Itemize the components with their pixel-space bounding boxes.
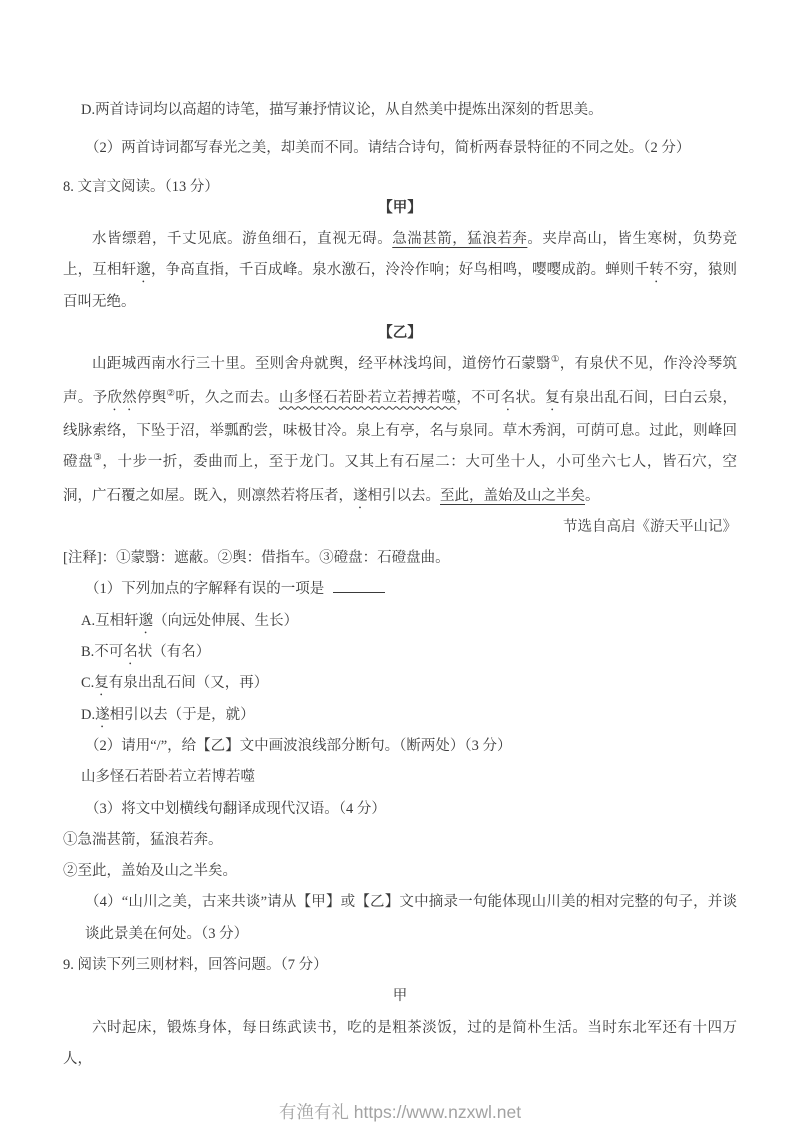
poetry-option-d: D.两首诗词均以高超的诗笔，描写兼抒情议论，从自然美中提炼出深刻的哲思美。 (63, 95, 737, 126)
footnotes: [注释]：①蒙翳：遮蔽。②舆：借指车。③磴盘：石磴盘曲。 (63, 543, 737, 574)
yi-text: 状。 (516, 390, 546, 406)
yi-text: 。 (585, 488, 600, 504)
passage-yi: 山距城西南水行三十里。至则舍舟就舆，经平林浅坞间，道傍竹石蒙翳①，有泉伏不见，作… (63, 349, 737, 511)
yi-underlined-sentence: 至此，盖始及山之半矣 (440, 488, 585, 504)
material-jia-header: 甲 (63, 981, 737, 1012)
option-text: D. (81, 707, 95, 723)
footnote-marker-1: ① (551, 355, 560, 365)
yi-dotted-char: 复 (545, 390, 560, 406)
yi-dotted-char: 遂 (353, 488, 368, 504)
section9-title: 9. 阅读下列三则材料，回答问题。（7 分） (63, 950, 737, 981)
yi-dotted-char: 名 (501, 390, 516, 406)
yi-text: ，不可 (456, 390, 500, 406)
jia-underlined-sentence: 急湍甚箭，猛浪若奔 (392, 231, 527, 247)
exam-page: D.两首诗词均以高超的诗笔，描写兼抒情议论，从自然美中提炼出深刻的哲思美。 （2… (0, 0, 793, 1122)
option-text: A.互相轩 (81, 613, 139, 629)
option-text: （向远处伸展、生长） (153, 613, 298, 629)
yi-dotted-word: 欣然 (107, 390, 137, 406)
option-dotted-char: 名 (123, 644, 138, 660)
option-dotted-char: 遂 (95, 707, 110, 723)
option-text: 状（有名） (138, 644, 211, 660)
question-1-stem: （1）下列加点的字解释有误的一项是 (63, 574, 737, 605)
watermark-footer: 有渔有礼 https://www.nzxwl.net (63, 1097, 737, 1122)
question-1-option-c: C.复有泉出乱石间（又，再） (63, 668, 737, 699)
question-1-option-a: A.互相轩邈（向远处伸展、生长） (63, 606, 737, 637)
question-3-stem: （3）将文中划横线句翻译成现代汉语。（4 分） (63, 794, 737, 825)
jia-dotted-char: 转 (649, 262, 664, 278)
jia-text: ，争高直指，千百成峰。泉水激石，泠泠作响；好鸟相鸣，嘤嘤成韵。蝉则千 (151, 262, 649, 278)
yi-wavy-underlined-sentence: 山多怪石若卧若立若搏若噬 (279, 390, 456, 406)
material-jia-text: 六时起床，锻炼身体，每日练武读书，吃的是粗茶淡饭，过的是简朴生活。当时东北军还有… (63, 1013, 737, 1076)
yi-text: 山距城西南水行三十里。至则舍舟就舆，经平林浅坞间，道傍竹石蒙翳 (92, 356, 551, 372)
jia-text: 水皆缥碧，千丈见底。游鱼细石，直视无碍。 (92, 231, 392, 247)
passage-yi-header: 【乙】 (63, 318, 737, 349)
poetry-question-2: （2）两首诗词都写春光之美，却美而不同。请结合诗句，简析两春景特征的不同之处。（… (63, 133, 737, 164)
option-dotted-char: 邈 (139, 613, 154, 629)
question-1-option-d: D.遂相引以去（于是，就） (63, 700, 737, 731)
footnote-marker-3: ③ (93, 453, 102, 463)
question-1-option-b: B.不可名状（有名） (63, 637, 737, 668)
option-text: 有泉出乱石间（又，再） (109, 675, 269, 691)
passage-attribution: 节选自高启《游天平山记》 (63, 512, 737, 543)
question-3-item-2: ②至此，盖始及山之半矣。 (63, 856, 737, 887)
option-text: C. (81, 675, 94, 691)
question-2-stem: （2）请用“/”，给【乙】文中画波浪线部分断句。（断两处）（3 分） (63, 731, 737, 762)
question-3-item-1: ①急湍甚箭，猛浪若奔。 (63, 825, 737, 856)
footnote-marker-2: ② (167, 389, 176, 399)
yi-text: 停舆 (137, 390, 167, 406)
option-dotted-char: 复 (94, 675, 109, 691)
yi-text: 听，久之而去。 (175, 390, 279, 406)
option-text: B.不可 (81, 644, 123, 660)
question-1-text: （1）下列加点的字解释有误的一项是 (85, 581, 324, 597)
question-2-sentence: 山多怪石若卧若立若博若噬 (63, 762, 737, 793)
question-4-stem: （4）“山川之美，古来共谈”请从【甲】或【乙】文中摘录一句能体现山川美的相对完整… (63, 887, 737, 950)
jia-dotted-char: 邈 (136, 262, 151, 278)
passage-jia: 水皆缥碧，千丈见底。游鱼细石，直视无碍。急湍甚箭，猛浪若奔。夹岸高山，皆生寒树，… (63, 224, 737, 318)
option-text: 相引以去（于是，就） (110, 707, 255, 723)
yi-text: 相引以去。 (368, 488, 441, 504)
answer-blank (333, 589, 385, 593)
